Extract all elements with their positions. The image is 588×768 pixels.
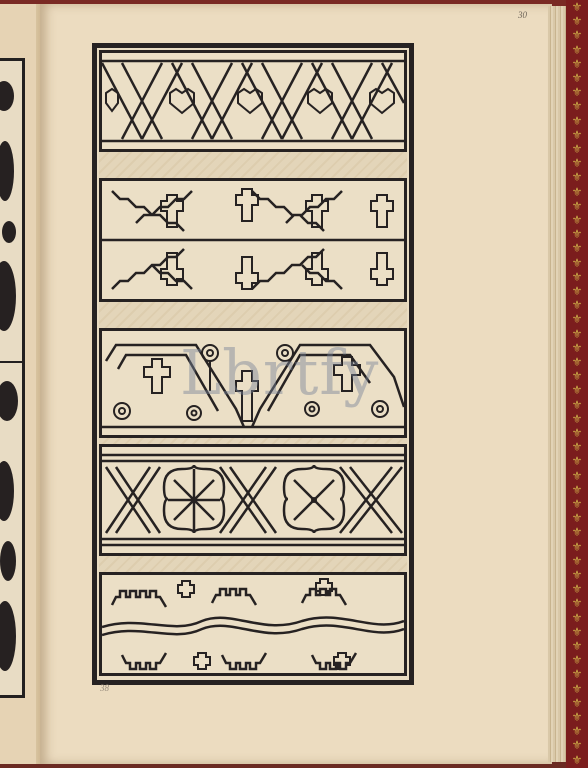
gilt-fleuron-icon: ⚜: [569, 369, 585, 383]
gilt-fleuron-icon: ⚜: [569, 625, 585, 639]
left-page-woodcut-border: [0, 58, 25, 698]
gilt-fleuron-icon: ⚜: [569, 156, 585, 170]
gilt-fleuron-icon: ⚜: [569, 227, 585, 241]
foliage-ornament: [0, 381, 18, 421]
gilt-fleuron-icon: ⚜: [569, 355, 585, 369]
gilt-fleuron-icon: ⚜: [569, 99, 585, 113]
gilt-fleuron-icon: ⚜: [569, 85, 585, 99]
knotwork-rosette-pattern: [102, 447, 404, 553]
gilt-fleuron-icon: ⚜: [569, 398, 585, 412]
gilt-fleuron-icon: ⚜: [569, 270, 585, 284]
gilt-fleuron-icon: ⚜: [569, 483, 585, 497]
gilt-fleuron-icon: ⚜: [569, 213, 585, 227]
page-number-top: 30: [518, 10, 527, 20]
gilt-fleuron-icon: ⚜: [569, 440, 585, 454]
foliage-ornament: [0, 261, 16, 331]
gilt-fleuron-icon: ⚜: [569, 43, 585, 57]
foliage-ornament: [0, 601, 16, 671]
gilt-fleuron-icon: ⚜: [569, 185, 585, 199]
left-page: [0, 4, 44, 764]
gilt-fleuron-icon: ⚜: [569, 667, 585, 681]
gilt-fleuron-icon: ⚜: [569, 0, 585, 14]
gilt-fleuron-icon: ⚜: [569, 454, 585, 468]
gilt-fleuron-icon: ⚜: [569, 170, 585, 184]
pattern-band-2: [99, 178, 407, 302]
gilt-fleuron-icon: ⚜: [569, 199, 585, 213]
interlace-heart-pattern: [102, 53, 404, 149]
pattern-band-1: [99, 50, 407, 152]
gilt-fleuron-icon: ⚜: [569, 114, 585, 128]
page-number-bottom: 38: [100, 683, 109, 693]
pattern-band-4: [99, 444, 407, 556]
vine-leaf-pattern: [102, 575, 404, 673]
page-edges: [548, 6, 566, 762]
band-spacer: [99, 556, 407, 572]
gilt-fleuron-icon: ⚜: [569, 596, 585, 610]
arch-flower-pattern: [102, 331, 404, 435]
gilt-fleuron-icon: ⚜: [569, 710, 585, 724]
gilt-fleuron-icon: ⚜: [569, 611, 585, 625]
foliage-ornament: [0, 81, 14, 111]
gilt-fleuron-icon: ⚜: [569, 312, 585, 326]
gilt-fleuron-icon: ⚜: [569, 682, 585, 696]
gilt-fleuron-icon: ⚜: [569, 14, 585, 28]
foliage-ornament: [0, 461, 14, 521]
gilt-fleuron-icon: ⚜: [569, 497, 585, 511]
gilt-fleuron-icon: ⚜: [569, 639, 585, 653]
woodcut-pattern-plate: [92, 43, 414, 685]
gilt-fleuron-icon: ⚜: [569, 298, 585, 312]
gilt-fleuron-icon: ⚜: [569, 57, 585, 71]
gilt-fleuron-icon: ⚜: [569, 426, 585, 440]
pattern-band-3: [99, 328, 407, 438]
gilt-fleuron-icon: ⚜: [569, 469, 585, 483]
foliage-ornament: [0, 541, 16, 581]
foliage-ornament: [0, 141, 14, 201]
gilt-fleuron-icon: ⚜: [569, 653, 585, 667]
gilt-fleuron-icon: ⚜: [569, 511, 585, 525]
gilt-fleuron-icon: ⚜: [569, 341, 585, 355]
gilt-fleuron-icon: ⚜: [569, 724, 585, 738]
band-spacer: [99, 302, 407, 328]
stepped-cross-pattern: [102, 181, 404, 299]
gilt-fleuron-icon: ⚜: [569, 327, 585, 341]
foliage-ornament: [2, 221, 16, 243]
gilt-fleuron-icon: ⚜: [569, 256, 585, 270]
gilt-fleuron-icon: ⚜: [569, 540, 585, 554]
gilt-fleuron-icon: ⚜: [569, 568, 585, 582]
gilt-fleuron-icon: ⚜: [569, 525, 585, 539]
gilt-fleuron-icon: ⚜: [569, 696, 585, 710]
gilt-fleuron-icon: ⚜: [569, 28, 585, 42]
gilt-fleuron-icon: ⚜: [569, 241, 585, 255]
gilt-fleuron-icon: ⚜: [569, 383, 585, 397]
gilt-fleuron-icon: ⚜: [569, 554, 585, 568]
gilt-fleuron-icon: ⚜: [569, 284, 585, 298]
gilt-fleuron-icon: ⚜: [569, 128, 585, 142]
left-woodcut-divider: [0, 361, 22, 363]
gilt-fleuron-icon: ⚜: [569, 142, 585, 156]
gilt-fleuron-icon: ⚜: [569, 582, 585, 596]
gilt-tooled-binding: ⚜⚜⚜⚜⚜⚜⚜⚜⚜⚜⚜⚜⚜⚜⚜⚜⚜⚜⚜⚜⚜⚜⚜⚜⚜⚜⚜⚜⚜⚜⚜⚜⚜⚜⚜⚜⚜⚜⚜⚜…: [566, 0, 588, 768]
band-spacer: [99, 152, 407, 178]
gilt-fleuron-icon: ⚜: [569, 71, 585, 85]
gilt-fleuron-icon: ⚜: [569, 753, 585, 767]
pattern-band-5: [99, 572, 407, 676]
gilt-fleuron-icon: ⚜: [569, 738, 585, 752]
gilt-fleuron-icon: ⚜: [569, 412, 585, 426]
